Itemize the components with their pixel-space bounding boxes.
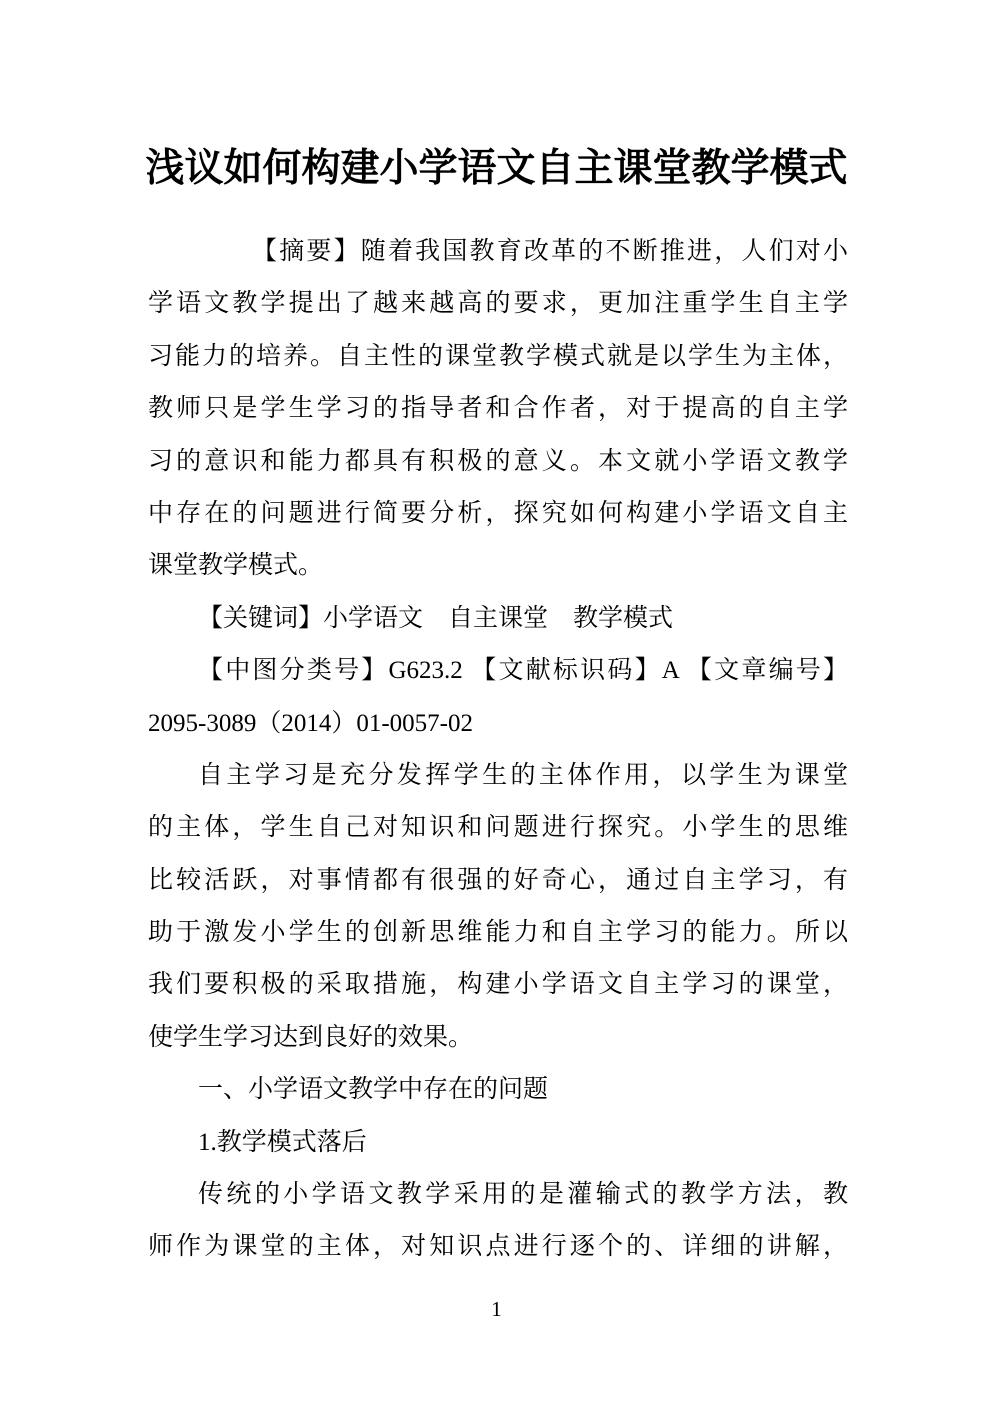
text-line: 传统的小学语文教学采用的是灌输式的教学方法，教: [148, 1169, 848, 1221]
text-line: 习的意识和能力都具有积极的意义。本文就小学语文教学: [148, 436, 848, 488]
text-line: 学语文教学提出了越来越高的要求，更加注重学生自主学: [148, 278, 848, 330]
text-line: 2095-3089（2014）01-0057-02: [148, 698, 848, 750]
document-body: 【摘要】随着我国教育改革的不断推进，人们对小 学语文教学提出了越来越高的要求，更…: [148, 226, 848, 1274]
text-line: 比较活跃，对事情都有很强的好奇心，通过自主学习，有: [148, 855, 848, 907]
text-line: 的主体，学生自己对知识和问题进行探究。小学生的思维: [148, 802, 848, 854]
text-line: 【关键词】小学语文 自主课堂 教学模式: [148, 593, 848, 645]
text-line: 习能力的培养。自主性的课堂教学模式就是以学生为主体，: [148, 331, 848, 383]
text-line: 课堂教学模式。: [148, 540, 848, 592]
text-line: 助于激发小学生的创新思维能力和自主学习的能力。所以: [148, 907, 848, 959]
text-line: 我们要积极的采取措施，构建小学语文自主学习的课堂，: [148, 959, 848, 1011]
text-line: 【摘要】随着我国教育改革的不断推进，人们对小: [148, 226, 848, 278]
subsection-heading: 1.教学模式落后: [148, 1117, 848, 1169]
text-line: 自主学习是充分发挥学生的主体作用，以学生为课堂: [148, 750, 848, 802]
text-line: 师作为课堂的主体，对知识点进行逐个的、详细的讲解，: [148, 1221, 848, 1273]
text-line: 中存在的问题进行简要分析，探究如何构建小学语文自主: [148, 488, 848, 540]
document-title: 浅议如何构建小学语文自主课堂教学模式: [0, 140, 993, 198]
text-line: 使学生学习达到良好的效果。: [148, 1012, 848, 1064]
text-line: 教师只是学生学习的指导者和合作者，对于提高的自主学: [148, 383, 848, 435]
text-line: 【中图分类号】G623.2 【文献标识码】A 【文章编号】: [148, 645, 848, 697]
document-page: 浅议如何构建小学语文自主课堂教学模式 【摘要】随着我国教育改革的不断推进，人们对…: [0, 0, 993, 1404]
section-heading: 一、小学语文教学中存在的问题: [148, 1064, 848, 1116]
page-number: 1: [0, 1294, 993, 1324]
